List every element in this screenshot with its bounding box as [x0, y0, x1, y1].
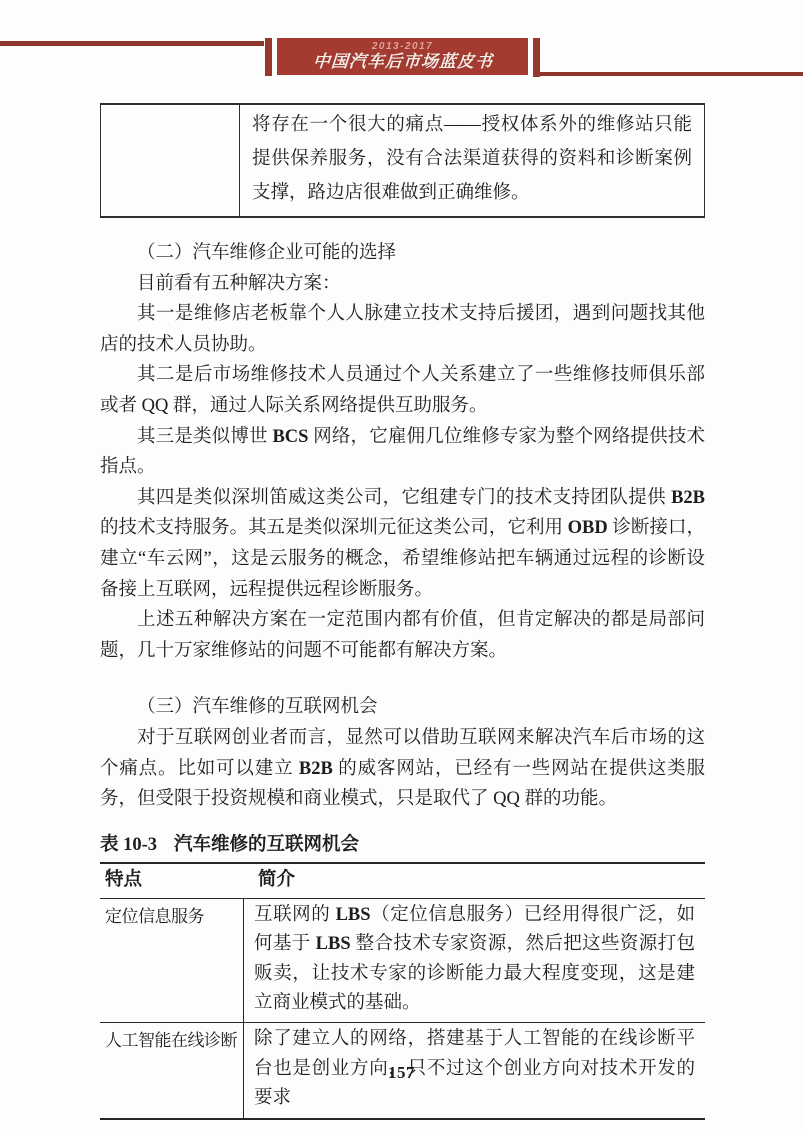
paragraph-text: 上述五种解决方案在一定范围内都有价值，但肯定解决的都是局部问题，几十万家维修站的… — [100, 610, 705, 661]
paragraph-text: 其四是类似深圳笛威这类公司，它组建专门的技术支持团队提供 — [137, 488, 671, 508]
table-caption: 表 10-3汽车维修的互联网机会 — [100, 830, 705, 860]
carryover-table-left-cell — [101, 105, 240, 216]
paragraph: 其一是维修店老板靠个人人脉建立技术支持后援团，遇到问题找其他店的技术人员协助。 — [100, 299, 705, 360]
page-number: 157 — [0, 1063, 803, 1083]
section-heading-2: （二）汽车维修企业可能的选择 — [100, 238, 705, 269]
header-right-strip — [533, 38, 540, 77]
paragraph-text: 其二是后市场维修技术人员通过个人关系建立了一些维修技师俱乐部或者 QQ 群，通过… — [100, 365, 705, 416]
header-left-strip — [265, 38, 272, 76]
abbr-lbs: LBS — [316, 934, 351, 954]
header-title: 中国汽车后市场蓝皮书 — [312, 52, 493, 72]
paragraph-text: 的技术支持服务。其五是类似深圳元征这类公司，它利用 — [100, 518, 568, 538]
abbr-b2b: B2B — [671, 488, 705, 508]
paragraph: 目前看有五种解决方案： — [100, 269, 705, 300]
paragraph-text: 其三是类似博世 — [137, 427, 272, 447]
table-caption-label: 表 10-3 — [100, 835, 157, 855]
section-heading-3: （三）汽车维修的互联网机会 — [100, 692, 705, 723]
column-header-feature: 特点 — [100, 864, 248, 898]
paragraph: 上述五种解决方案在一定范围内都有价值，但肯定解决的都是局部问题，几十万家维修站的… — [100, 605, 705, 666]
header-years: 2013-2017 — [372, 41, 433, 52]
feature-cell: 定位信息服务 — [100, 899, 244, 1023]
carryover-table: 将存在一个很大的痛点——授权体系外的维修站只能提供保养服务，没有合法渠道获得的资… — [100, 103, 705, 218]
paragraph: 其四是类似深圳笛威这类公司，它组建专门的技术支持团队提供 B2B 的技术支持服务… — [100, 483, 705, 605]
intro-cell: 互联网的 LBS（定位信息服务）已经用得很广泛，如何基于 LBS 整合技术专家资… — [244, 899, 705, 1023]
abbr-b2b: B2B — [299, 759, 333, 779]
paragraph: 对于互联网创业者而言，显然可以借助互联网来解决汽车后市场的这个痛点。比如可以建立… — [100, 723, 705, 815]
body-text: （二）汽车维修企业可能的选择 目前看有五种解决方案： 其一是维修店老板靠个人人脉… — [100, 238, 705, 815]
table-header-row: 特点 简介 — [100, 864, 705, 899]
abbr-bcs: BCS — [272, 427, 308, 447]
paragraph-text: 其一是维修店老板靠个人人脉建立技术支持后援团，遇到问题找其他店的技术人员协助。 — [100, 304, 705, 355]
header-right-rule — [540, 72, 803, 76]
header-banner: 2013-2017 中国汽车后市场蓝皮书 — [277, 38, 528, 75]
paragraph-text: 目前看有五种解决方案： — [137, 274, 341, 294]
book-page: 2013-2017 中国汽车后市场蓝皮书 将存在一个很大的痛点——授权体系外的维… — [0, 0, 803, 1134]
table-caption-title: 汽车维修的互联网机会 — [174, 835, 359, 855]
column-header-intro: 简介 — [248, 864, 705, 898]
header-left-rule — [0, 41, 264, 46]
table-row: 定位信息服务 互联网的 LBS（定位信息服务）已经用得很广泛，如何基于 LBS … — [100, 899, 705, 1023]
paragraph: 其三是类似博世 BCS 网络，它雇佣几位维修专家为整个网络提供技术指点。 — [100, 422, 705, 483]
paragraph: 其二是后市场维修技术人员通过个人关系建立了一些维修技师俱乐部或者 QQ 群，通过… — [100, 360, 705, 421]
cell-text: 互联网的 — [254, 905, 336, 925]
abbr-obd: OBD — [568, 518, 608, 538]
abbr-lbs: LBS — [336, 905, 371, 925]
page-content: 将存在一个很大的痛点——授权体系外的维修站只能提供保养服务，没有合法渠道获得的资… — [100, 103, 705, 1120]
carryover-table-right-cell: 将存在一个很大的痛点——授权体系外的维修站只能提供保养服务，没有合法渠道获得的资… — [240, 105, 704, 216]
